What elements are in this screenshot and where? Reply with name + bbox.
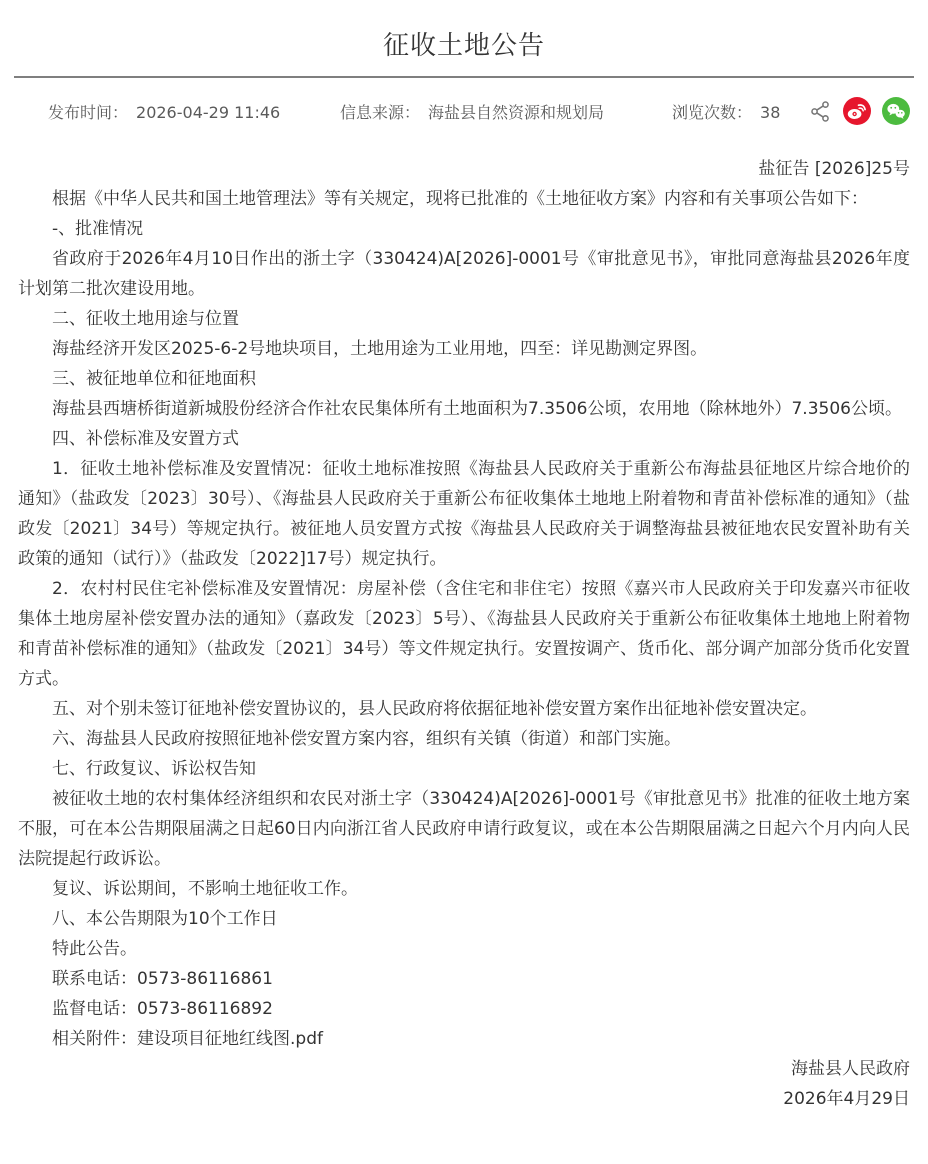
publish-time: 发布时间：2026-04-29 11:46	[48, 100, 340, 123]
paragraph: 六、海盐县人民政府按照征地补偿安置方案内容，组织有关镇（街道）和部门实施。	[18, 724, 910, 754]
attachment-row: 相关附件：建设项目征地红线图.pdf	[18, 1024, 910, 1054]
share-icon[interactable]	[809, 100, 832, 123]
title-divider	[14, 76, 914, 78]
view-count-label: 浏览次数：	[672, 103, 752, 122]
wechat-icon[interactable]	[882, 97, 910, 125]
paragraph: 省政府于2026年4月10日作出的浙土字（330424)A[2026]-0001…	[18, 244, 910, 304]
paragraph: 海盐经济开发区2025-6-2号地块项目，土地用途为工业用地，四至：详见勘测定界…	[18, 334, 910, 364]
paragraph: 1．征收土地补偿标准及安置情况：征收土地标准按照《海盐县人民政府关于重新公布海盐…	[18, 454, 910, 574]
paragraph: 八、本公告期限为10个工作日	[18, 904, 910, 934]
paragraph: 特此公告。	[18, 934, 910, 964]
view-count: 浏览次数：38	[672, 100, 780, 123]
meta-bar: 发布时间：2026-04-29 11:46 信息来源：海盐县自然资源和规划局 浏…	[0, 96, 928, 126]
publish-time-label: 发布时间：	[48, 103, 128, 122]
share-buttons	[809, 97, 910, 125]
announcement-page: 征收土地公告 发布时间：2026-04-29 11:46 信息来源：海盐县自然资…	[0, 25, 928, 1164]
attachment-label: 相关附件：	[52, 1029, 137, 1049]
paragraph: 复议、诉讼期间，不影响土地征收工作。	[18, 874, 910, 904]
paragraph: 二、征收土地用途与位置	[18, 304, 910, 334]
paragraph: 2．农村村民住宅补偿标准及安置情况：房屋补偿（含住宅和非住宅）按照《嘉兴市人民政…	[18, 574, 910, 694]
paragraph-list: 根据《中华人民共和国土地管理法》等有关规定，现将已批准的《土地征收方案》内容和有…	[18, 184, 910, 1054]
paragraph: 海盐县西塘桥街道新城股份经济合作社农民集体所有土地面积为7.3506公顷，农用地…	[18, 394, 910, 424]
info-source: 信息来源：海盐县自然资源和规划局	[340, 100, 672, 123]
paragraph: 监督电话：0573-86116892	[18, 994, 910, 1024]
signature-date: 2026年4月29日	[18, 1084, 910, 1114]
paragraph: 四、补偿标准及安置方式	[18, 424, 910, 454]
view-count-value: 38	[760, 103, 780, 122]
page-title: 征收土地公告	[0, 25, 928, 62]
paragraph: 五、对个别未签订征地补偿安置协议的，县人民政府将依据征地补偿安置方案作出征地补偿…	[18, 694, 910, 724]
announcement-body: 盐征告 [2026]25号 根据《中华人民共和国土地管理法》等有关规定，现将已批…	[0, 154, 928, 1114]
doc-number: 盐征告 [2026]25号	[18, 154, 910, 184]
info-source-value: 海盐县自然资源和规划局	[428, 103, 604, 122]
paragraph: 联系电话：0573-86116861	[18, 964, 910, 994]
paragraph: 被征收土地的农村集体经济组织和农民对浙土字（330424)A[2026]-000…	[18, 784, 910, 874]
info-source-label: 信息来源：	[340, 103, 420, 122]
paragraph: 七、行政复议、诉讼权告知	[18, 754, 910, 784]
paragraph: 三、被征地单位和征地面积	[18, 364, 910, 394]
paragraph: 根据《中华人民共和国土地管理法》等有关规定，现将已批准的《土地征收方案》内容和有…	[18, 184, 910, 214]
paragraph: -、批准情况	[18, 214, 910, 244]
weibo-icon[interactable]	[843, 97, 871, 125]
publish-time-value: 2026-04-29 11:46	[136, 103, 280, 122]
attachment-link[interactable]: 建设项目征地红线图.pdf	[137, 1029, 323, 1049]
signature-org: 海盐县人民政府	[18, 1054, 910, 1084]
